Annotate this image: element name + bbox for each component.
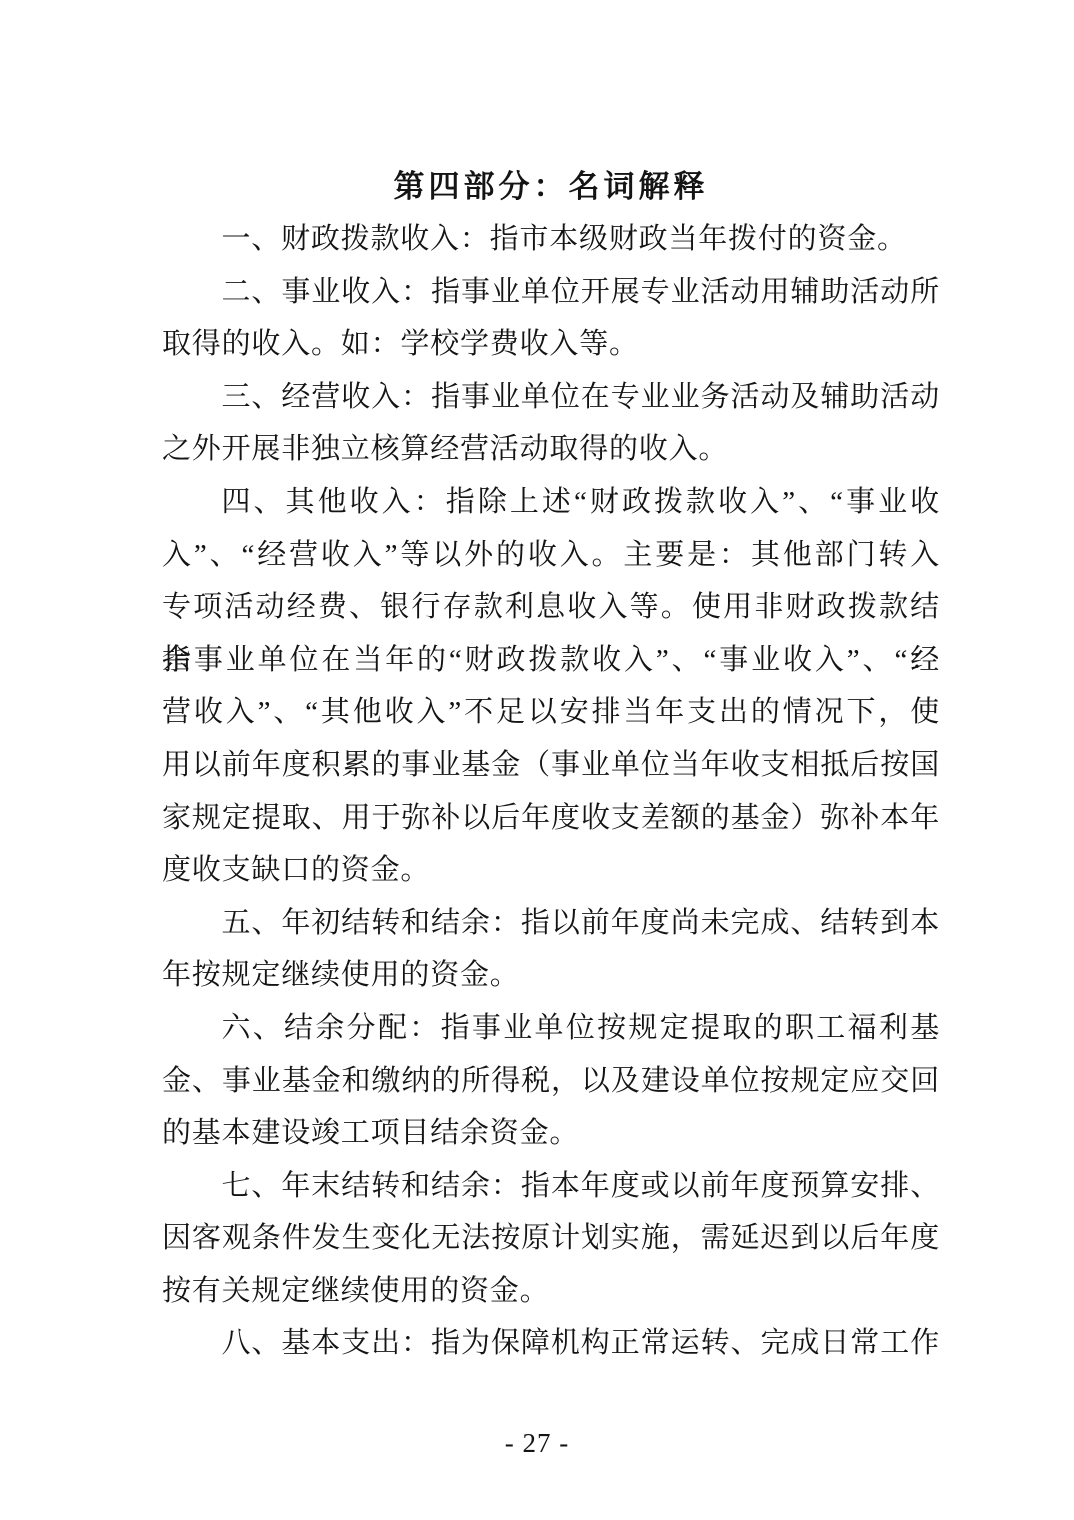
text-line: 金、事业基金和缴纳的所得税，以及建设单位按规定应交回	[162, 1055, 940, 1108]
text-line: 入”、“经营收入”等以外的收入。主要是：其他部门转入	[162, 529, 940, 582]
text-line: 因客观条件发生变化无法按原计划实施，需延迟到以后年度	[162, 1212, 940, 1265]
page-number: - 27 -	[0, 1428, 1074, 1459]
text-line: 营收入”、“其他收入”不足以安排当年支出的情况下，使	[162, 686, 940, 739]
text-line: 七、年末结转和结余：指本年度或以前年度预算安排、	[162, 1160, 940, 1213]
text-line: 度收支缺口的资金。	[162, 844, 940, 897]
text-line: 三、经营收入：指事业单位在专业业务活动及辅助活动	[162, 371, 940, 424]
text-line: 四、其他收入：指除上述“财政拨款收入”、“事业收	[162, 476, 940, 529]
text-line: 一、财政拨款收入：指市本级财政当年拨付的资金。	[162, 213, 940, 266]
document-content: 第四部分：名词解释 一、财政拨款收入：指市本级财政当年拨付的资金。二、事业收入：…	[162, 160, 940, 1370]
text-line: 二、事业收入：指事业单位开展专业活动用辅助活动所	[162, 266, 940, 319]
text-line: 用以前年度积累的事业基金（事业单位当年收支相抵后按国	[162, 739, 940, 792]
document-body: 一、财政拨款收入：指市本级财政当年拨付的资金。二、事业收入：指事业单位开展专业活…	[162, 213, 940, 1370]
text-line: 六、结余分配：指事业单位按规定提取的职工福利基	[162, 1002, 940, 1055]
text-line: 之外开展非独立核算经营活动取得的收入。	[162, 423, 940, 476]
text-line: 取得的收入。如：学校学费收入等。	[162, 318, 940, 371]
text-line: 年按规定继续使用的资金。	[162, 949, 940, 1002]
text-line: 指事业单位在当年的“财政拨款收入”、“事业收入”、“经	[162, 634, 940, 687]
text-line: 专项活动经费、银行存款利息收入等。使用非财政拨款结余：	[162, 581, 940, 634]
document-page: 第四部分：名词解释 一、财政拨款收入：指市本级财政当年拨付的资金。二、事业收入：…	[0, 0, 1074, 1520]
text-line: 家规定提取、用于弥补以后年度收支差额的基金）弥补本年	[162, 792, 940, 845]
text-line: 五、年初结转和结余：指以前年度尚未完成、结转到本	[162, 897, 940, 950]
text-line: 按有关规定继续使用的资金。	[162, 1265, 940, 1318]
page-title: 第四部分：名词解释	[162, 160, 940, 213]
text-line: 的基本建设竣工项目结余资金。	[162, 1107, 940, 1160]
text-line: 八、基本支出：指为保障机构正常运转、完成日常工作	[162, 1317, 940, 1370]
